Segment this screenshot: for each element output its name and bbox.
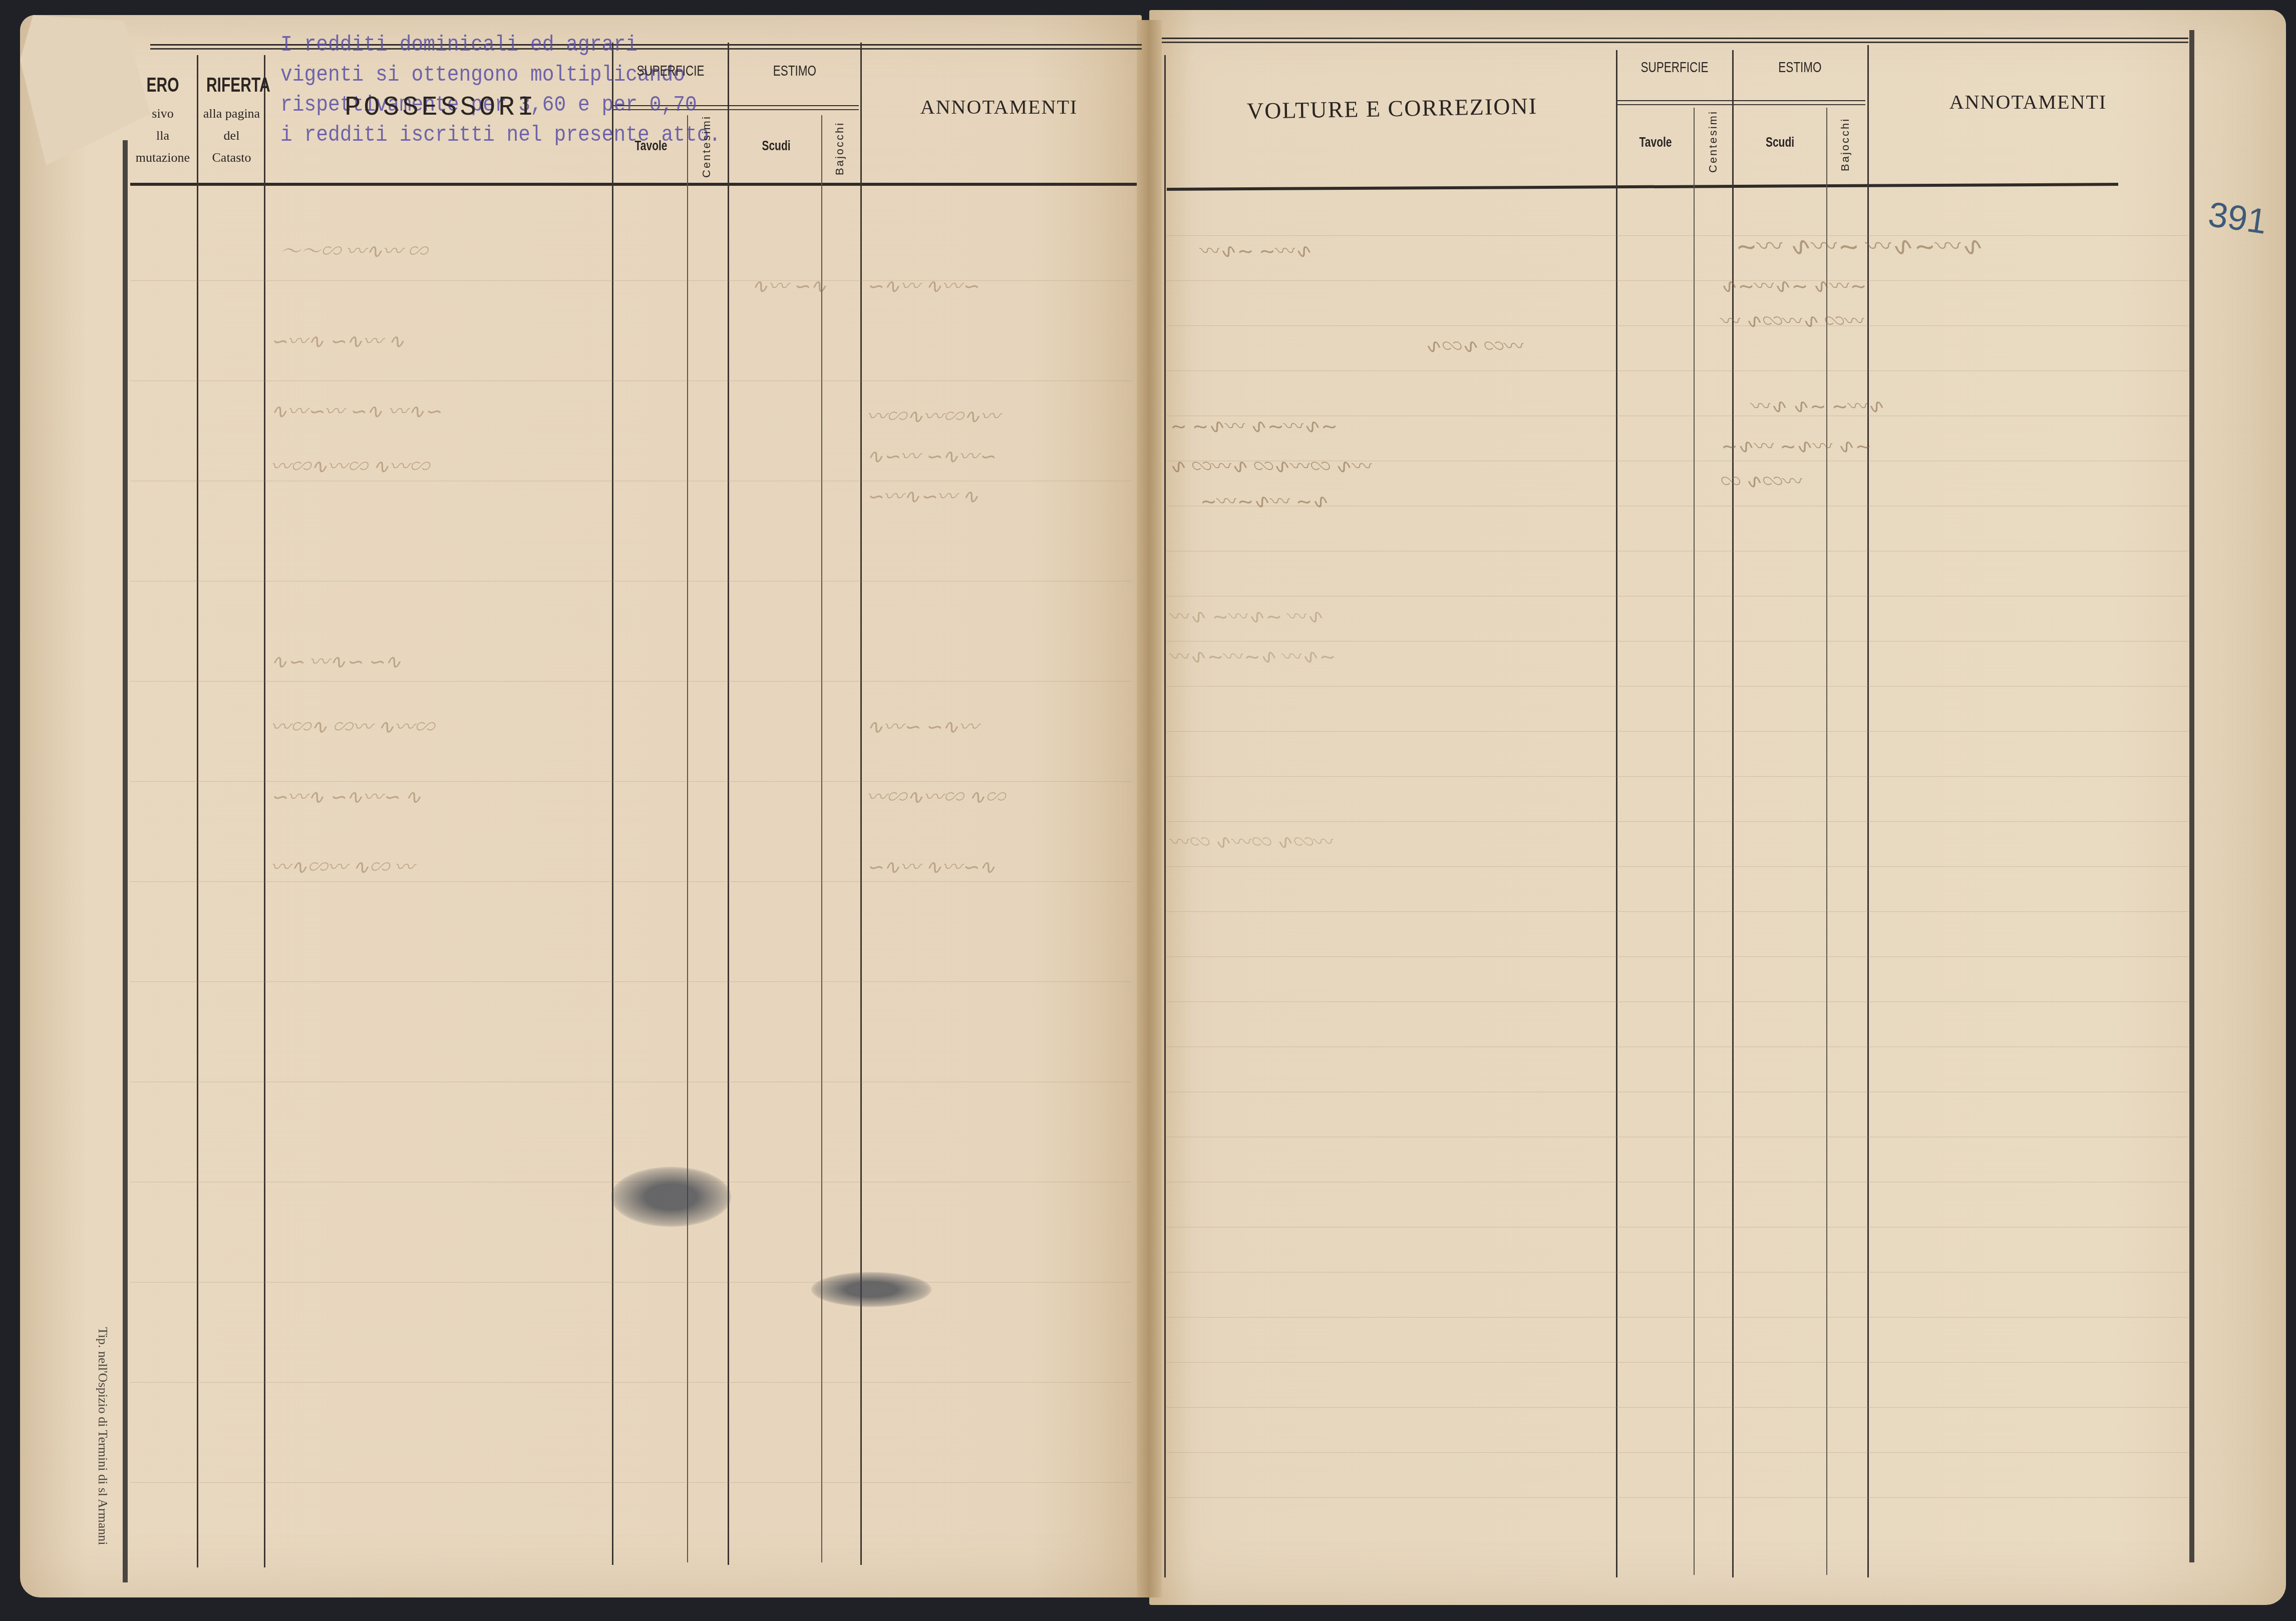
header-riferta-sub-line: Catasto: [198, 147, 265, 169]
header-tavole: Tavole: [625, 138, 678, 154]
handwritten-entry-faded: ∽〰∿ ∽∿〰∽ ∿: [270, 781, 421, 810]
bleed-through-handwriting: ∿〰∽∿〰 ∽〰∿ 〰∽: [1738, 225, 1986, 263]
ruling-line: [1167, 1407, 2188, 1408]
header-bajocchi: Bajocchi: [833, 120, 846, 175]
handwritten-entry-faded: 〰∽∿ ∽〰 ∿〰∽: [270, 711, 434, 740]
ruling-line: [130, 381, 1132, 381]
column-divider: [197, 55, 198, 1567]
header-centesimi: Centesimi: [700, 123, 713, 178]
right-top-border: [1162, 38, 2188, 39]
header-possessori: POSSESSORI: [300, 93, 581, 123]
column-divider: [612, 43, 613, 1565]
column-divider-thin: [687, 115, 688, 1562]
ruling-line: [1167, 1272, 2188, 1272]
ruling-line: [130, 1282, 1132, 1282]
header-annotamenti: ANNOTAMENTI: [861, 95, 1137, 119]
header-annotamenti: ANNOTAMENTI: [1870, 90, 2186, 114]
ruling-line: [1167, 1137, 2188, 1137]
book-spine: [1137, 20, 1162, 1597]
handwritten-entry-faded: ∿〰 ∽∿: [751, 270, 827, 299]
header-riferta-sub: alla pagina del Catasto: [198, 103, 265, 169]
handwritten-annotation-faded: 〰∽∿〰∽ ∿∽: [866, 781, 1005, 810]
handwritten-entry-faded: ∽〰∿ ∽∿〰 ∿: [270, 326, 405, 354]
bleed-through-handwriting: 〰∽ ∿〰∽∿ 〰: [1723, 305, 1866, 334]
ruling-line: [130, 1382, 1132, 1383]
bleed-through-handwriting: ∿〰 ∽∿〰∽ ∿〰: [1172, 601, 1326, 629]
ruling-line: [1167, 911, 2188, 912]
page-number: 391: [2206, 194, 2269, 241]
bleed-through-handwriting: ∿∽ 〰∿∽〰∽: [1202, 486, 1331, 514]
ruling-line: [1167, 1227, 2188, 1227]
column-divider: [264, 55, 265, 1567]
header-superficie: SUPERFICIE: [628, 63, 714, 80]
column-divider-thin: [1694, 108, 1695, 1575]
ruling-line: [1167, 1092, 2188, 1092]
ruling-line: [130, 681, 1132, 682]
ruling-line: [1167, 1047, 2188, 1047]
ruling-line: [1167, 235, 2188, 236]
header-riferta: RIFERTA: [206, 74, 257, 97]
column-divider: [728, 43, 729, 1565]
ruling-line: [130, 280, 1132, 281]
ruling-line: [1167, 866, 2188, 867]
left-page-margin-border: [123, 140, 128, 1582]
ruling-line: [1167, 551, 2188, 551]
ruling-line: [1167, 731, 2188, 732]
stamp-line: I redditi dominicali ed agrari: [280, 30, 721, 60]
ruling-line: [1167, 326, 2188, 326]
bleed-through-handwriting: 〰∿ ∽〰∿∽ ∿〰∽ ∿: [1172, 451, 1374, 479]
header-scudi: Scudi: [743, 138, 810, 154]
bleed-through-handwriting: 〰∽∿ ∽: [1723, 466, 1805, 494]
ruling-line: [130, 581, 1132, 581]
ruling-line: [130, 982, 1132, 982]
ruling-line: [1167, 686, 2188, 687]
stamp-conversion-note: I redditi dominicali ed agrari vigenti s…: [280, 30, 721, 150]
handwritten-annotation-faded: ∽∿〰 ∿〰∽: [866, 270, 978, 299]
right-page-margin-border: [2189, 30, 2194, 1562]
handwritten-entry-faded: ∿∽ 〰∿∽ ∽∿: [270, 646, 401, 675]
handwritten-annotation-faded: ∽〰∿∽〰 ∿: [866, 481, 978, 509]
header-scudi: Scudi: [1745, 134, 1815, 150]
bleed-through-handwriting: ∽∿ 〰∿∽ 〰∿∽: [1723, 431, 1873, 459]
bleed-through-handwriting: 〰∽ ∿∽∿: [1427, 331, 1526, 359]
ruling-line: [130, 1482, 1132, 1483]
bleed-through-handwriting: ∽∿〰∽∿ 〰∿∽ ∽: [1172, 411, 1340, 439]
left-header-bottom-rule: [130, 183, 1137, 186]
handwritten-annotation-faded: 〰∽∿〰∽∿〰: [866, 401, 1000, 429]
bleed-through-handwriting: ∿〰∽ ∽∿ ∿〰: [1753, 391, 1887, 419]
header-riferta-sub-line: del: [198, 125, 265, 147]
handwritten-annotation-faded: ∿∽〰 ∽∿〰∽: [866, 441, 996, 469]
ink-stain: [611, 1167, 731, 1227]
bleed-through-handwriting: ∽〰∿ ∽∿〰∽∿: [1723, 270, 1868, 299]
ruling-line: [130, 481, 1132, 481]
header-bajocchi: Bajocchi: [1839, 116, 1852, 171]
handwritten-entry-faded: ∿〰∽〰 ∽∿ 〰∿∽: [270, 396, 441, 424]
header-riferta-sub-line: alla pagina: [198, 103, 265, 125]
ruling-line: [1167, 596, 2188, 596]
subheader-rule: [1617, 100, 1865, 101]
ruling-line: [1167, 371, 2188, 371]
ruling-line: [1167, 1362, 2188, 1363]
bleed-through-handwriting: 〰∽∿ ∽〰∿ ∽〰: [1172, 826, 1336, 855]
column-divider: [860, 43, 862, 1565]
column-divider: [1616, 50, 1617, 1577]
header-numero-sub-line: lla: [128, 125, 198, 147]
header-tavole: Tavole: [1628, 134, 1684, 150]
printer-imprint: Tip. nell'Ospizio di Termini di sl Arman…: [95, 1327, 110, 1545]
ruling-line: [1167, 1497, 2188, 1498]
handwritten-entry-faded: 〰∿∽〰 ∿∽ 〰: [270, 851, 414, 880]
column-divider-thin: [821, 115, 822, 1562]
ruling-line: [130, 1082, 1132, 1082]
header-numero-sub-line: mutazione: [128, 147, 198, 169]
header-superficie: SUPERFICIE: [1632, 59, 1718, 76]
header-estimo: ESTIMO: [746, 63, 844, 80]
ruling-line: [1167, 280, 2188, 281]
ruling-line: [1167, 821, 2188, 822]
handwritten-annotation-faded: ∿〰∽ ∽∿〰: [866, 711, 978, 740]
handwritten-annotation-faded: ∽∿〰 ∿〰∽∿: [866, 851, 996, 880]
header-estimo: ESTIMO: [1750, 59, 1850, 76]
ruling-line: [130, 881, 1132, 882]
column-divider: [1164, 55, 1166, 1577]
ink-stain: [811, 1272, 931, 1307]
ruling-line: [1167, 956, 2188, 957]
bleed-through-handwriting: ∿〰∽ ∽∿〰: [1202, 235, 1314, 264]
ruling-line: [1167, 1182, 2188, 1182]
header-centesimi: Centesimi: [1707, 118, 1720, 173]
bleed-through-handwriting: ∽∿〰 ∿∽〰∽∿〰: [1172, 641, 1338, 670]
right-page: [1149, 10, 2286, 1605]
handwritten-entry-faded: 〰∽∿〰∽ ∿〰∽: [270, 451, 429, 479]
ruling-line: [1167, 776, 2188, 777]
ruling-line: [1167, 1452, 2188, 1453]
ruling-line: [1167, 1317, 2188, 1318]
handwritten-entry-faded: ～〜∽ 〰∿〰 ∽: [280, 235, 428, 264]
ruling-line: [1167, 1002, 2188, 1002]
